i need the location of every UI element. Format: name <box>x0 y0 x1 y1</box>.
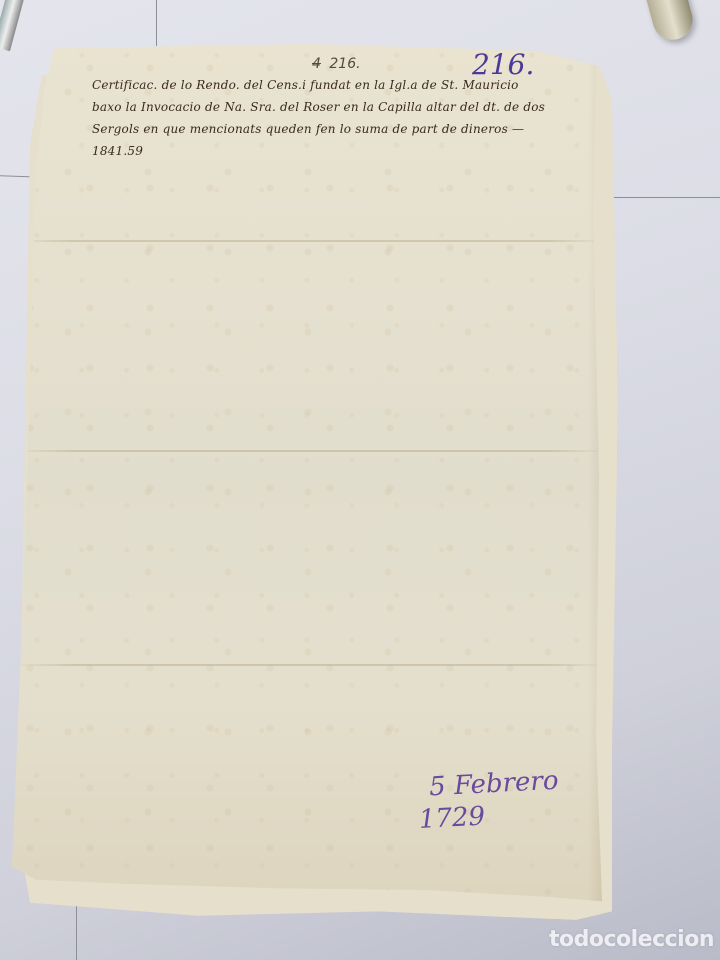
pen-cap <box>643 0 697 44</box>
metal-clip <box>0 0 25 51</box>
fold-line-1 <box>12 240 608 242</box>
struck-number: 4 <box>312 56 321 72</box>
fold-line-2 <box>12 450 608 452</box>
handwritten-date: 5 Febrero 1729 <box>428 765 561 836</box>
table-seam-vertical-bottom <box>76 898 77 960</box>
date-year: 1729 <box>418 797 561 836</box>
table-seam-right <box>610 197 720 198</box>
manuscript-header: Certificac. de lo Rendo. del Cens.i fund… <box>92 74 572 162</box>
header-line-2: baxo la Invocacio de Na. Sra. del Roser … <box>92 96 572 118</box>
fold-line-3 <box>12 664 608 666</box>
watermark-logo: todocoleccion <box>549 927 714 952</box>
old-reference-value: 216. <box>329 56 360 72</box>
document-page: 4 216. 216. Certificac. de lo Rendo. del… <box>12 44 608 910</box>
table-seam-vertical-top <box>156 0 157 46</box>
header-line-1: Certificac. de lo Rendo. del Cens.i fund… <box>92 74 572 96</box>
date-day-month: 5 Febrero <box>428 765 559 804</box>
old-reference-number: 4 216. <box>312 56 361 72</box>
header-line-3: Sergols en que mencionats queden fen lo … <box>92 118 572 162</box>
